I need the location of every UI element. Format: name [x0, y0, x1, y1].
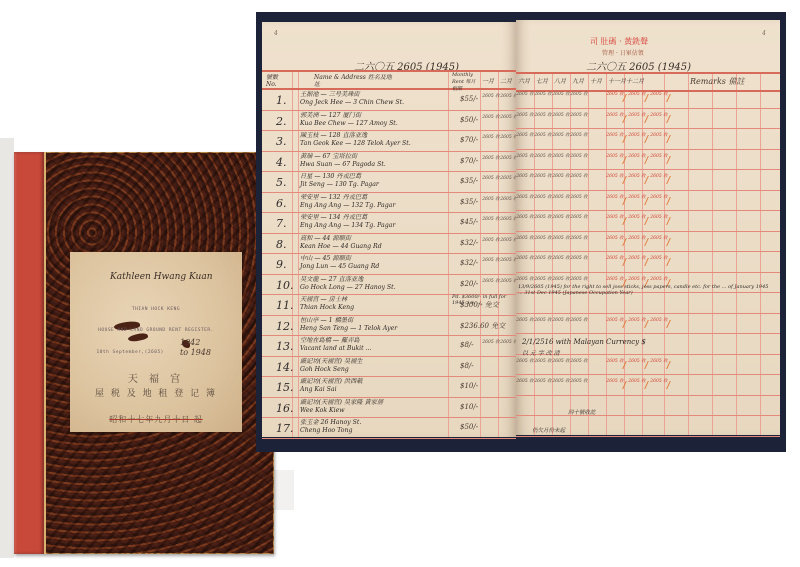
- row-divider: [516, 251, 780, 252]
- tenant-name-chinese: 恒山亭 — 1 橋墨街: [300, 317, 397, 325]
- header-month: 十二月: [626, 78, 644, 85]
- header-name-address: Name & Address 姓名及地址: [314, 74, 394, 88]
- row-divider: [262, 417, 516, 418]
- tenant-entry: 日星 — 130 丹戎巴葛Jit Seng — 130 Tg. Pagar: [300, 173, 379, 189]
- spine-edge: [44, 152, 46, 554]
- tenant-entry: 天福宫 — 房士林Thian Hock Keng: [300, 296, 354, 312]
- paid-mark: 2605 收: [570, 113, 588, 118]
- tenant-entry: 张玉金 26 Hanoy St.Cheng Hoo Tong: [300, 419, 361, 435]
- paid-mark: 2605 收: [516, 113, 534, 118]
- row-divider: [262, 233, 516, 234]
- paid-mark: 2605 收: [570, 174, 588, 179]
- tenant-name-english: Tan Geok Kee — 128 Telok Ayer St.: [300, 140, 411, 148]
- label-typed-title: THIAN HOCK KENG: [70, 307, 242, 312]
- tenant-name-chinese: 荣安里 — 134 丹戎巴葛: [300, 214, 395, 222]
- paid-mark: 2605 收: [482, 340, 500, 345]
- paid-mark: 2605 收: [570, 359, 588, 364]
- paid-mark: 2605 收: [482, 217, 500, 222]
- row-divider: [516, 108, 780, 109]
- paid-mark: 2605 收: [570, 154, 588, 159]
- row-divider: [262, 438, 516, 439]
- page-number: 4: [762, 30, 766, 37]
- row-divider: [516, 190, 780, 191]
- row-number: 12.: [276, 320, 294, 333]
- row-divider: [516, 415, 780, 416]
- tenant-entry: 王振池 — 三号美珠街Ong Jeck Hee — 3 Chin Chew St…: [300, 91, 404, 107]
- row-divider: [262, 171, 516, 172]
- row-number: 10.: [276, 279, 294, 292]
- red-annotation-sub: 管理 · 日軍佔領: [602, 48, 644, 57]
- paid-mark: 2605 收: [552, 256, 570, 261]
- header-month: 六月: [518, 78, 530, 85]
- paid-mark: 2605 收: [482, 135, 500, 140]
- paid-mark: 2605 收: [482, 197, 500, 202]
- row-divider: [262, 315, 516, 316]
- tenant-entry: 高和 — 44 源顺街Kean Hoe — 44 Guang Rd: [300, 235, 382, 251]
- monthly-rent: $20/-: [460, 280, 478, 288]
- paid-mark: 2605 收: [534, 195, 552, 200]
- row-number: 5.: [276, 176, 287, 189]
- row11-note: Pd. $3600/- in full for 1945, i.e. ...: [452, 294, 512, 306]
- paid-mark: 2605 收: [516, 174, 534, 179]
- tenant-entry: 恒山亭 — 1 橋墨街Heng San Teng — 1 Telok Ayer: [300, 317, 397, 333]
- paid-mark: 2605 收: [552, 379, 570, 384]
- paid-mark: 2605 收: [516, 256, 534, 261]
- paid-mark: 2605 收: [534, 379, 552, 384]
- row-number: 6.: [276, 197, 287, 210]
- row-number: 3.: [276, 135, 287, 148]
- paid-mark: 2605 收: [570, 318, 588, 323]
- monthly-rent: $32/-: [460, 239, 478, 247]
- tenant-name-english: Jong Lun — 45 Guang Rd: [300, 263, 379, 271]
- tenant-name-chinese: 郭美洲 — 127 厦门街: [300, 112, 398, 120]
- label-chinese-subtitle: 屋 税 及 地 租 登 记 簿: [70, 386, 242, 399]
- row-number: 16.: [276, 402, 294, 415]
- row-divider: [262, 253, 516, 254]
- ledger-right-page: 4 司 肚碼 · 黃銑聲 管理 · 日軍佔領 二六〇五 2605 (1945) …: [516, 20, 780, 435]
- paid-mark: 2605 收: [516, 379, 534, 384]
- ledger-left-page: 4 二六〇五 2605 (1945) 號數 No. Name & Address…: [262, 22, 516, 437]
- row-number: 7.: [276, 217, 287, 230]
- monthly-rent: $45/-: [460, 218, 478, 226]
- paid-mark: 2605 收: [516, 215, 534, 220]
- header-month: 二月: [500, 78, 512, 85]
- paid-mark: 2605 收: [482, 238, 500, 243]
- paid-mark: 2605 收: [534, 318, 552, 323]
- header-month: 十一月: [608, 78, 626, 85]
- label-typed-subtitle: HOUSE AND LAND GROUND RENT REGISTER.: [70, 328, 242, 333]
- monthly-rent: $8/-: [460, 362, 474, 370]
- paid-mark: 2605 收: [482, 115, 500, 120]
- row-divider: [262, 356, 516, 357]
- row-divider: [262, 376, 516, 377]
- tenant-entry: 空地在島橋 — 羅弄島Vacant land at Bukit ...: [300, 337, 372, 353]
- monthly-rent: $35/-: [460, 198, 478, 206]
- row-divider: [262, 151, 516, 152]
- row-divider: [516, 272, 780, 273]
- paid-mark: 2605 收: [534, 133, 552, 138]
- monthly-rent: $236.60 免交: [460, 321, 505, 331]
- paid-mark: 2605 收: [534, 92, 552, 97]
- tenant-name-chinese: 厳記坊(天福宫) 洪西載: [300, 378, 362, 386]
- page-number: 4: [274, 30, 278, 37]
- label-signature: Kathleen Hwang Kuan: [110, 272, 213, 282]
- row-divider: [516, 436, 780, 437]
- row-number: 15.: [276, 381, 294, 394]
- paid-mark: 2605 收: [482, 94, 500, 99]
- row-number: 17.: [276, 422, 294, 435]
- paid-mark: 2605 收: [482, 156, 500, 161]
- tenant-name-english: Kean Hoe — 44 Guang Rd: [300, 243, 382, 251]
- tenant-name-english: Go Hock Long — 27 Hanoy St.: [300, 284, 396, 292]
- paid-mark: 2605 收: [516, 318, 534, 323]
- row-divider: [262, 274, 516, 275]
- paid-mark: 2605 收: [570, 195, 588, 200]
- background-artifact: [274, 470, 294, 510]
- tenant-name-english: Eng Ang Ang — 132 Tg. Pagar: [300, 202, 395, 210]
- paid-mark: 2605 收: [570, 133, 588, 138]
- paid-mark: 2605 收: [552, 154, 570, 159]
- paid-mark: 2605 收: [552, 195, 570, 200]
- paid-mark: 2605 收: [552, 113, 570, 118]
- paid-mark: 2605 收: [534, 359, 552, 364]
- row-number: 13.: [276, 340, 294, 353]
- tenant-name-english: Goh Hock Seng: [300, 366, 362, 374]
- tenant-name-chinese: 荣安里 — 132 丹戎巴葛: [300, 194, 395, 202]
- row-divider: [516, 128, 780, 129]
- paid-mark: 2605 收: [482, 176, 500, 181]
- tenant-entry: 黄瑞 — 67 宝塔拉街Hwa Suan — 67 Pagoda St.: [300, 153, 386, 169]
- paid-mark: 2605 收: [516, 133, 534, 138]
- row-number: 2.: [276, 115, 287, 128]
- header-month: 九月: [572, 78, 584, 85]
- monthly-rent: $10/-: [460, 403, 478, 411]
- row-divider: [516, 333, 780, 334]
- paid-mark: 2605 收: [570, 215, 588, 220]
- paid-mark: 2605 收: [552, 277, 570, 282]
- tenant-entry: 厳記坊(天福宫) 吴福生Goh Hock Seng: [300, 358, 362, 374]
- row-divider: [262, 110, 516, 111]
- row-number: 4.: [276, 156, 287, 169]
- label-tear: [127, 332, 148, 344]
- cover-label: Kathleen Hwang Kuan THIAN HOCK KENG HOUS…: [70, 252, 242, 432]
- paid-mark: 2605 收: [570, 92, 588, 97]
- row-divider: [262, 192, 516, 193]
- tenant-name-chinese: 中山 — 45 源顺街: [300, 255, 379, 263]
- paid-mark: 2605 收: [516, 359, 534, 364]
- row-number: 9.: [276, 258, 287, 271]
- row-divider: [516, 231, 780, 232]
- tenant-entry: 荣安里 — 132 丹戎巴葛Eng Ang Ang — 132 Tg. Paga…: [300, 194, 395, 210]
- tenant-name-chinese: 天福宫 — 房士林: [300, 296, 354, 304]
- tenant-entry: 郭美洲 — 127 厦门街Kua Bee Chew — 127 Amoy St.: [300, 112, 398, 128]
- paid-mark: 2605 收: [534, 215, 552, 220]
- row-number: 14.: [276, 361, 294, 374]
- monthly-rent: $70/-: [460, 157, 478, 165]
- paid-mark: 2605 收: [552, 215, 570, 220]
- tenant-name-chinese: 吴文龍 — 27 直落亚逸: [300, 276, 396, 284]
- paid-mark: 2605 收: [516, 154, 534, 159]
- tenant-name-chinese: 陳玉枝 — 128 直落亚逸: [300, 132, 411, 140]
- tenant-entry: 厳記坊(天福宫) 吴家隆 黄家居Wee Kok Kiew: [300, 399, 383, 415]
- label-year-start: 1942: [180, 338, 211, 348]
- tenant-name-english: Jit Seng — 130 Tg. Pagar: [300, 181, 379, 189]
- monthly-rent: $35/-: [460, 177, 478, 185]
- tenant-name-chinese: 日星 — 130 丹戎巴葛: [300, 173, 379, 181]
- tenant-name-english: Eng Ang Ang — 134 Tg. Pagar: [300, 222, 395, 230]
- paid-mark: 2605 收: [570, 256, 588, 261]
- label-chinese-date: 昭和十七年九月十日 起: [70, 414, 242, 425]
- background-artifact: [0, 138, 14, 558]
- paid-mark: 2605 收: [552, 236, 570, 241]
- label-chinese-title: 天 福 宫: [70, 370, 242, 385]
- header-remarks: Remarks 備註: [690, 76, 744, 87]
- row-number: 8.: [276, 238, 287, 251]
- paid-mark: 2605 收: [570, 379, 588, 384]
- header-month: 七月: [536, 78, 548, 85]
- tenant-name-english: Vacant land at Bukit ...: [300, 345, 372, 353]
- tenant-entry: 吴文龍 — 27 直落亚逸Go Hock Long — 27 Hanoy St.: [300, 276, 396, 292]
- tenant-name-english: Thian Hock Keng: [300, 304, 354, 312]
- tenant-name-english: Ong Jeck Hee — 3 Chin Chew St.: [300, 99, 404, 107]
- row-divider: [262, 335, 516, 336]
- tenant-name-english: Kua Bee Chew — 127 Amoy St.: [300, 120, 398, 128]
- header-month: 一月: [482, 78, 494, 85]
- paid-mark: 2605 收: [552, 92, 570, 97]
- label-years: 1942 to 1948: [180, 338, 211, 358]
- row-divider: [516, 374, 780, 375]
- book-spine: [14, 152, 44, 554]
- tenant-name-english: Cheng Hoo Tong: [300, 427, 361, 435]
- monthly-rent: $10/-: [460, 382, 478, 390]
- tenant-name-chinese: 王振池 — 三号美珠街: [300, 91, 404, 99]
- row-divider: [262, 212, 516, 213]
- header-number: 號數 No.: [266, 74, 290, 88]
- row17-note: 仍欠月份未起: [532, 426, 565, 434]
- header-monthly-rent: Monthly Rent 每月租額: [452, 72, 480, 93]
- paid-mark: 2605 收: [534, 174, 552, 179]
- row-divider: [262, 130, 516, 131]
- row-number: 1.: [276, 94, 287, 107]
- paid-mark: 2605 收: [552, 174, 570, 179]
- paid-mark: 2605 收: [570, 236, 588, 241]
- header-month: 八月: [554, 78, 566, 85]
- paid-mark: 2605 收: [534, 154, 552, 159]
- tenant-name-chinese: 张玉金 26 Hanoy St.: [300, 419, 361, 427]
- paid-mark: 2605 收: [534, 256, 552, 261]
- label-typed-date: 10th September,(2605): [70, 350, 190, 355]
- tenant-entry: 中山 — 45 源顺街Jong Lun — 45 Guang Rd: [300, 255, 379, 271]
- row-divider: [516, 210, 780, 211]
- row16-note: 四十號收訖: [568, 408, 596, 416]
- row-divider: [516, 149, 780, 150]
- paid-mark: 2605 收: [516, 277, 534, 282]
- paid-mark: 2605 收: [516, 236, 534, 241]
- row-number: 11.: [276, 299, 294, 312]
- tenant-name-english: Hwa Suan — 67 Pagoda St.: [300, 161, 386, 169]
- row-divider: [262, 397, 516, 398]
- year-title: 二六〇五 2605 (1945): [586, 58, 691, 73]
- header-month: 十月: [590, 78, 602, 85]
- monthly-rent: $55/-: [460, 95, 478, 103]
- row-divider: [516, 313, 780, 314]
- tenant-entry: 厳記坊(天福宫) 洪西載Ang Kai Sai: [300, 378, 362, 394]
- red-annotation: 司 肚碼 · 黃銑聲: [590, 36, 648, 47]
- row-divider: [516, 169, 780, 170]
- tenant-name-english: Heng San Teng — 1 Telok Ayer: [300, 325, 397, 333]
- paid-mark: 2605 收: [534, 236, 552, 241]
- monthly-rent: $32/-: [460, 259, 478, 267]
- tenant-name-english: Ang Kai Sai: [300, 386, 362, 394]
- tenant-entry: 荣安里 — 134 丹戎巴葛Eng Ang Ang — 134 Tg. Paga…: [300, 214, 395, 230]
- paid-mark: 2605 收: [534, 113, 552, 118]
- row11-remark: 13/9/2605 (1945) for the right to sell j…: [518, 284, 774, 296]
- monthly-rent: $8/-: [460, 341, 474, 349]
- row13-remark-cn: 以 元 字 改 清: [522, 348, 560, 357]
- tenant-entry: 陳玉枝 — 128 直落亚逸Tan Geok Kee — 128 Telok A…: [300, 132, 411, 148]
- paid-mark: 2605 收: [570, 277, 588, 282]
- monthly-rent: $50/-: [460, 116, 478, 124]
- paid-mark: 2605 收: [534, 277, 552, 282]
- tenant-name-chinese: 空地在島橋 — 羅弄島: [300, 337, 372, 345]
- monthly-rent: $70/-: [460, 136, 478, 144]
- paid-mark: 2605 收: [482, 279, 500, 284]
- label-year-end: to 1948: [180, 348, 211, 358]
- paid-mark: 2605 收: [516, 195, 534, 200]
- row-divider: [516, 395, 780, 396]
- tenant-name-chinese: 黄瑞 — 67 宝塔拉街: [300, 153, 386, 161]
- row13-remark: 2/1/2516 with Malayan Currency $: [522, 338, 646, 346]
- tenant-name-chinese: 高和 — 44 源顺街: [300, 235, 382, 243]
- monthly-rent: $50/-: [460, 423, 478, 431]
- tenant-name-english: Wee Kok Kiew: [300, 407, 383, 415]
- paid-mark: 2605 收: [552, 359, 570, 364]
- tenant-name-chinese: 厳記坊(天福宫) 吴福生: [300, 358, 362, 366]
- tenant-name-chinese: 厳記坊(天福宫) 吴家隆 黄家居: [300, 399, 383, 407]
- paid-mark: 2605 收: [552, 133, 570, 138]
- paid-mark: 2605 收: [552, 318, 570, 323]
- paid-mark: 2605 收: [516, 92, 534, 97]
- paid-mark: 2605 收: [482, 258, 500, 263]
